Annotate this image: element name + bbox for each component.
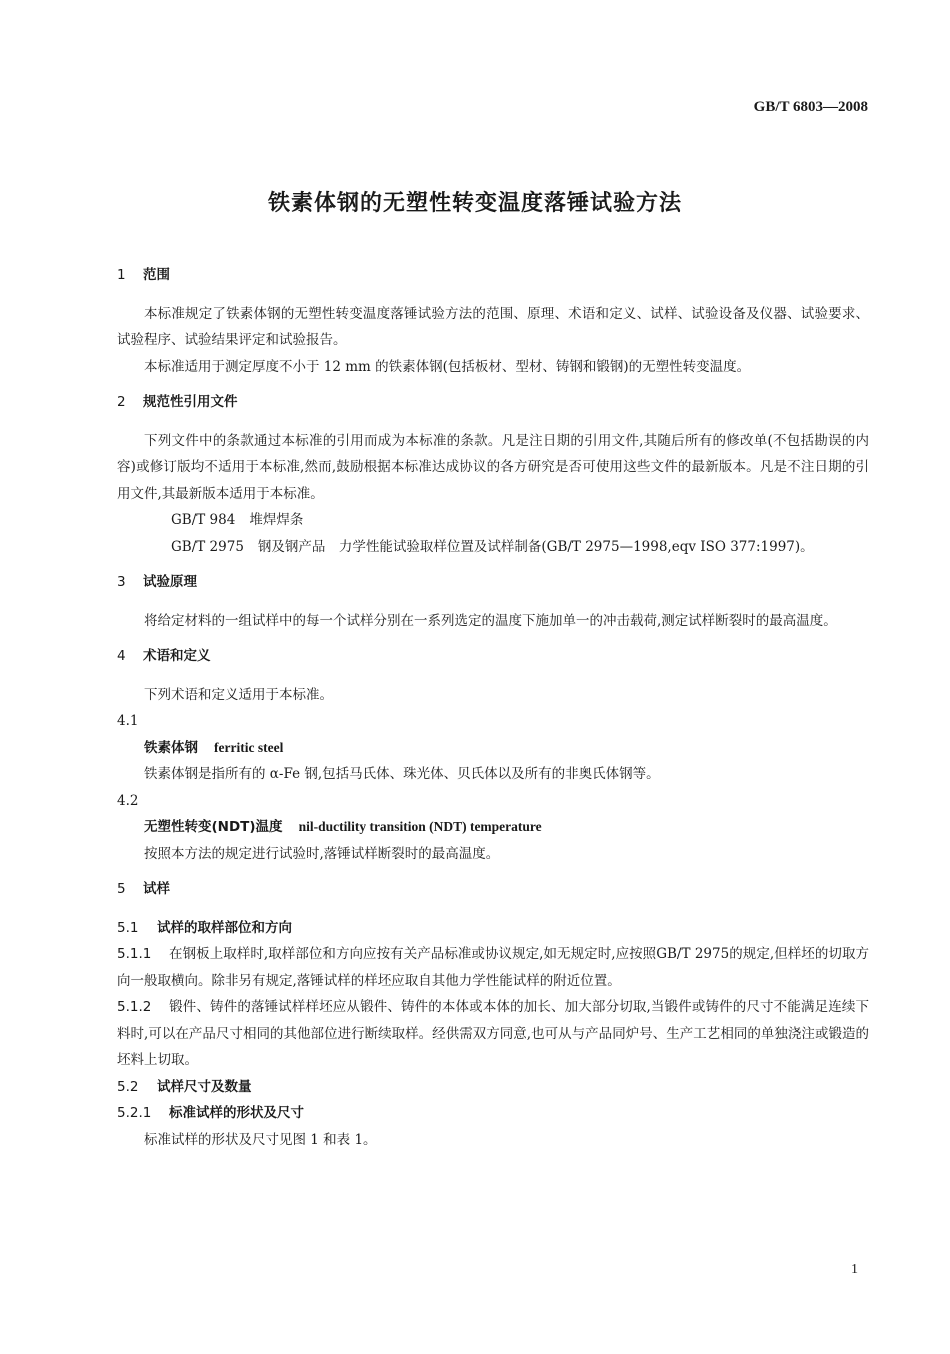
section-title: 试样 xyxy=(143,881,170,897)
subsection-title: 标准试样的形状及尺寸 xyxy=(169,1105,304,1121)
section-number: 5 xyxy=(117,876,143,903)
document-body: 1范围 本标准规定了铁素体钢的无塑性转变温度落锤试验方法的范围、原理、术语和定义… xyxy=(117,262,869,1153)
subsection-5-1-heading: 5.1试样的取样部位和方向 xyxy=(117,915,869,942)
reference-item: GB/T 984堆焊焊条 xyxy=(117,507,869,534)
clause-number: 5.1.1 xyxy=(117,941,169,968)
term-definition: 铁素体钢是指所有的 α-Fe 钢,包括马氏体、珠光体、贝氏体以及所有的非奥氏体钢… xyxy=(117,761,869,788)
section-1-heading: 1范围 xyxy=(117,262,869,289)
clause-text: 锻件、铸件的落锤试样样坯应从锻件、铸件的本体或本体的加长、加大部分切取,当锻件或… xyxy=(117,999,869,1068)
subsection-title: 试样尺寸及数量 xyxy=(157,1079,252,1095)
term-heading: 铁素体钢ferritic steel xyxy=(117,735,869,762)
section-2-heading: 2规范性引用文件 xyxy=(117,389,869,416)
section-3-heading: 3试验原理 xyxy=(117,569,869,596)
term-en: ferritic steel xyxy=(214,740,283,755)
reference-item: GB/T 2975钢及钢产品 力学性能试验取样位置及试样制备(GB/T 2975… xyxy=(117,534,869,561)
term-number: 4.2 xyxy=(117,788,869,815)
section-title: 范围 xyxy=(143,267,170,283)
page-number: 1 xyxy=(851,1262,858,1278)
paragraph: 下列术语和定义适用于本标准。 xyxy=(117,682,869,709)
section-title: 规范性引用文件 xyxy=(143,394,238,410)
section-number: 2 xyxy=(117,389,143,416)
section-number: 1 xyxy=(117,262,143,289)
subsection-number: 5.1 xyxy=(117,915,157,942)
section-number: 3 xyxy=(117,569,143,596)
term-heading: 无塑性转变(NDT)温度nil-ductility transition (ND… xyxy=(117,814,869,841)
section-number: 4 xyxy=(117,643,143,670)
section-4-heading: 4术语和定义 xyxy=(117,643,869,670)
subsection-5-2-heading: 5.2试样尺寸及数量 xyxy=(117,1074,869,1101)
section-title: 试验原理 xyxy=(143,574,197,590)
clause-text: 在钢板上取样时,取样部位和方向应按有关产品标准或协议规定,如无规定时,应按照GB… xyxy=(117,946,869,989)
subsection-title: 试样的取样部位和方向 xyxy=(157,920,292,936)
section-title: 术语和定义 xyxy=(143,648,211,664)
standard-number: GB/T 6803—2008 xyxy=(754,99,868,116)
term-number: 4.1 xyxy=(117,708,869,735)
term-cn: 铁素体钢 xyxy=(144,740,198,756)
term-cn: 无塑性转变(NDT)温度 xyxy=(144,819,283,835)
term-en: nil-ductility transition (NDT) temperatu… xyxy=(299,819,542,834)
section-5-heading: 5试样 xyxy=(117,876,869,903)
document-title: 铁素体钢的无塑性转变温度落锤试验方法 xyxy=(0,186,950,217)
clause-5-1-2: 5.1.2锻件、铸件的落锤试样样坯应从锻件、铸件的本体或本体的加长、加大部分切取… xyxy=(117,994,869,1074)
paragraph: 标准试样的形状及尺寸见图 1 和表 1。 xyxy=(117,1127,869,1154)
reference-title: 堆焊焊条 xyxy=(249,512,303,528)
clause-5-1-1: 5.1.1在钢板上取样时,取样部位和方向应按有关产品标准或协议规定,如无规定时,… xyxy=(117,941,869,994)
subsection-number: 5.2 xyxy=(117,1074,157,1101)
reference-code: GB/T 2975 xyxy=(144,534,244,561)
paragraph: 下列文件中的条款通过本标准的引用而成为本标准的条款。凡是注日期的引用文件,其随后… xyxy=(117,428,869,508)
reference-code: GB/T 984 xyxy=(144,507,235,534)
paragraph: 本标准规定了铁素体钢的无塑性转变温度落锤试验方法的范围、原理、术语和定义、试样、… xyxy=(117,301,869,354)
subsection-5-2-1-heading: 5.2.1标准试样的形状及尺寸 xyxy=(117,1100,869,1127)
subsection-number: 5.2.1 xyxy=(117,1100,169,1127)
clause-number: 5.1.2 xyxy=(117,994,169,1021)
term-definition: 按照本方法的规定进行试验时,落锤试样断裂时的最高温度。 xyxy=(117,841,869,868)
reference-title: 钢及钢产品 力学性能试验取样位置及试样制备(GB/T 2975—1998,eqv… xyxy=(258,539,814,555)
paragraph: 将给定材料的一组试样中的每一个试样分别在一系列选定的温度下施加单一的冲击载荷,测… xyxy=(117,608,869,635)
paragraph: 本标准适用于测定厚度不小于 12 mm 的铁素体钢(包括板材、型材、铸钢和锻钢)… xyxy=(117,354,869,381)
